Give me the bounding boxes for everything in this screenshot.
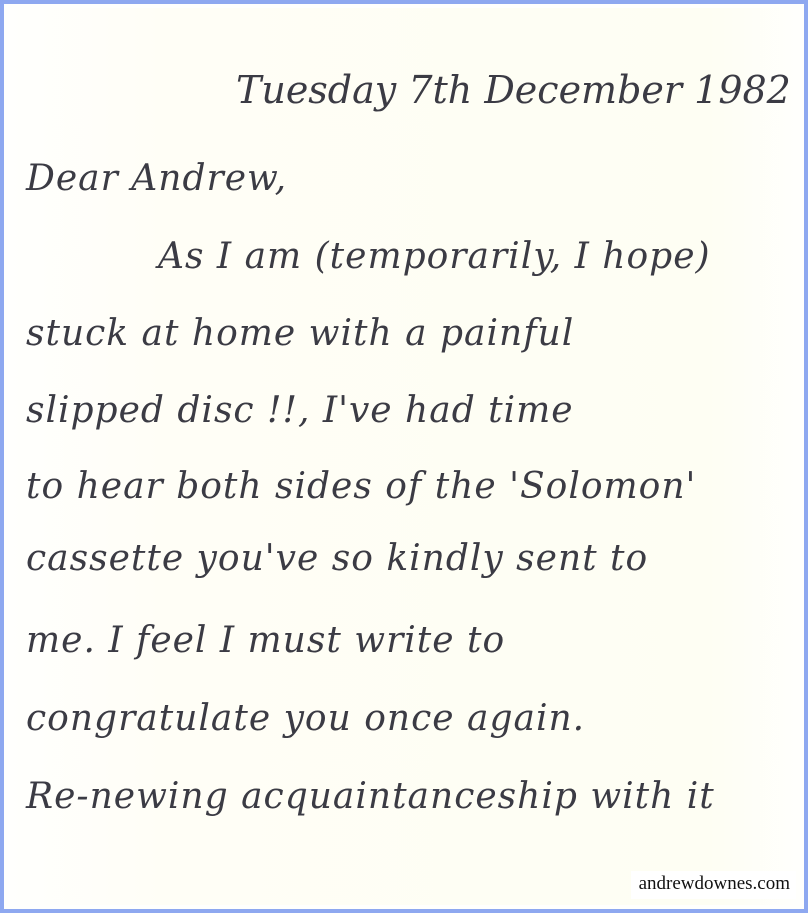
letter-line: cassette you've so kindly sent to [26,538,648,579]
letter-line: stuck at home with a painful [26,313,574,354]
letter-frame: Tuesday 7th December 1982 Dear Andrew, A… [0,0,808,913]
letter-line: slipped disc !!, I've had time [26,390,574,431]
letter-date: Tuesday 7th December 1982 [236,68,791,112]
letter-paper: Tuesday 7th December 1982 Dear Andrew, A… [8,8,800,905]
letter-salutation: Dear Andrew, [26,158,287,199]
letter-line: to hear both sides of the 'Solomon' [26,466,696,507]
letter-line: Re-newing acquaintanceship with it [26,776,715,817]
letter-line: me. I feel I must write to [26,620,505,661]
letter-line: congratulate you once again. [26,698,585,739]
letter-line: As I am (temporarily, I hope) [158,236,711,277]
watermark-label: andrewdownes.com [631,871,796,899]
